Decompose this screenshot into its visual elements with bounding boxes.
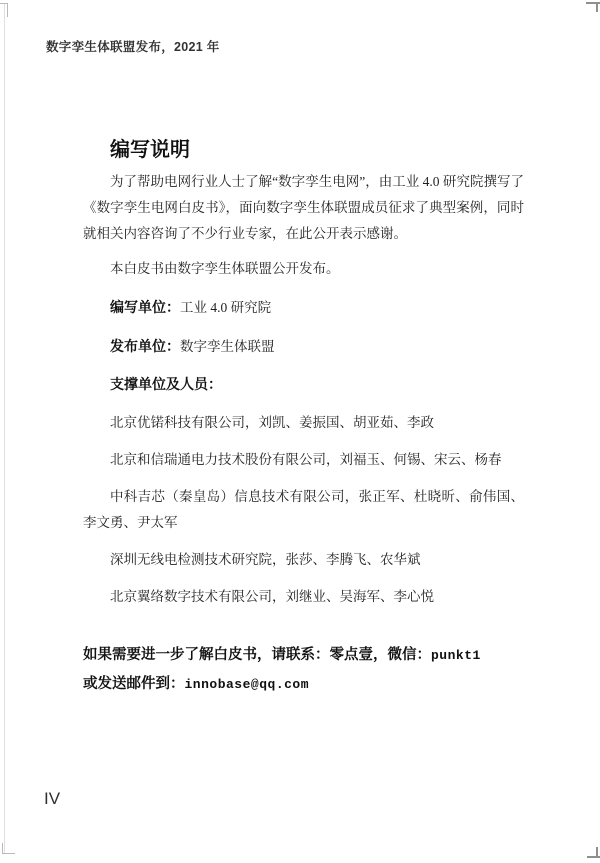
supporter-item: 深圳无线电检测技术研究院，张莎、李腾飞、农华斌	[83, 547, 524, 573]
page-number: IV	[44, 789, 60, 809]
email-address: innobase@qq.com	[185, 677, 310, 692]
supporters-label: 支撑单位及人员：	[110, 376, 222, 392]
running-header: 数字孪生体联盟发布，2021 年	[46, 37, 220, 55]
contact-line1-label: 如果需要进一步了解白皮书，请联系：零点壹，微信：	[83, 647, 431, 663]
contact-line2-label: 或发送邮件到：	[83, 676, 185, 692]
page-edge-left-line	[4, 3, 5, 853]
supporter-item: 北京和信瑞通电力技术股份有限公司，刘福玉、何锡、宋云、杨春	[83, 447, 524, 473]
page-corner-mark-top-right-vertical	[596, 2, 598, 12]
contact-line-wechat: 如果需要进一步了解白皮书，请联系：零点壹，微信：punkt1	[83, 641, 524, 670]
release-note-paragraph: 本白皮书由数字孪生体联盟公开发布。	[83, 256, 524, 282]
contact-line-email: 或发送邮件到：innobase@qq.com	[83, 670, 524, 699]
author-value: 工业 4.0 研究院	[180, 300, 271, 315]
page-corner-mark-bottom-left	[2, 853, 15, 854]
publisher-line: 发布单位：数字孪生体联盟	[83, 333, 524, 360]
content-column: 编写说明 为了帮助电网行业人士了解“数字孪生电网”，由工业 4.0 研究院撰写了…	[83, 138, 524, 699]
document-page: { "header": { "text": "数字孪生体联盟发布，2021 年"…	[0, 0, 600, 863]
page-corner-mark-top-left-vertical	[7, 3, 8, 17]
author-line: 编写单位：工业 4.0 研究院	[83, 294, 524, 321]
supporters-label-line: 支撑单位及人员：	[83, 371, 524, 398]
supporter-item: 北京翼络数字技术有限公司，刘继业、吴海军、李心悦	[83, 584, 524, 610]
section-title: 编写说明	[110, 138, 524, 162]
intro-paragraph: 为了帮助电网行业人士了解“数字孪生电网”，由工业 4.0 研究院撰写了《数字孪生…	[83, 169, 524, 247]
supporter-item: 中科吉芯（秦皇岛）信息技术有限公司，张正军、杜晓昕、俞伟国、李文勇、尹太军	[83, 484, 524, 536]
supporter-item: 北京优锘科技有限公司，刘凯、姜振国、胡亚茹、李政	[83, 410, 524, 436]
page-corner-mark-bottom-right	[587, 856, 600, 858]
author-label: 编写单位：	[110, 299, 180, 315]
publisher-value: 数字孪生体联盟	[180, 339, 275, 354]
publisher-label: 发布单位：	[110, 338, 180, 354]
wechat-id: punkt1	[431, 648, 481, 663]
contact-block: 如果需要进一步了解白皮书，请联系：零点壹，微信：punkt1 或发送邮件到：in…	[83, 641, 524, 699]
